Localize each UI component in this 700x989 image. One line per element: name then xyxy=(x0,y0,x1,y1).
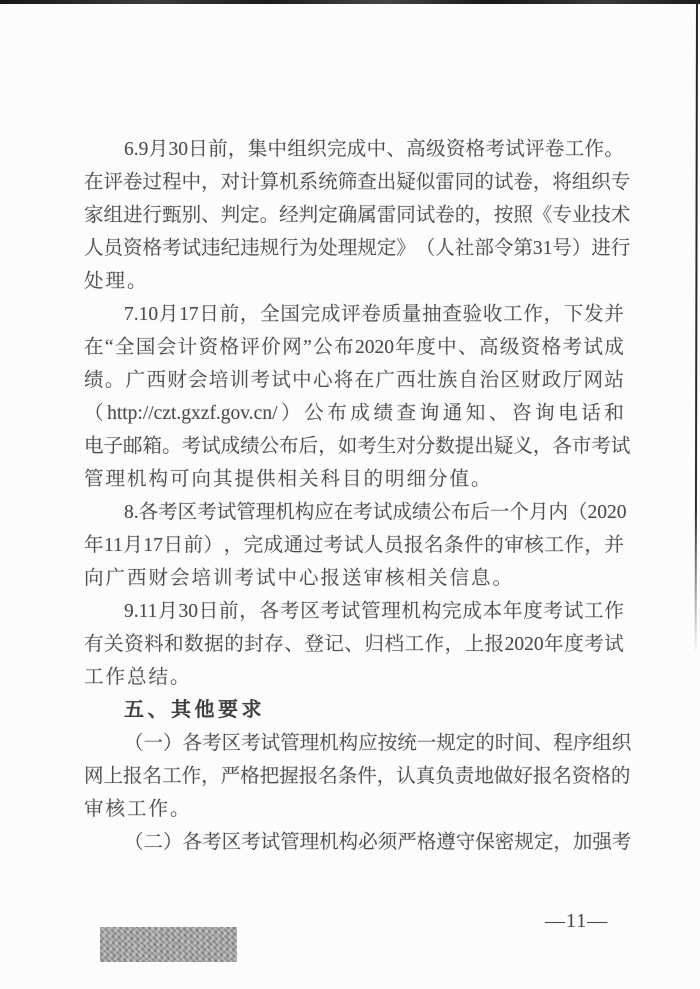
text-line: 在评卷过程中，对计算机系统筛查出疑似雷同的试卷，将组织专 xyxy=(84,166,624,199)
text-line: 7.10月17日前，全国完成评卷质量抽查验收工作，下发并 xyxy=(84,298,624,331)
text-line: 有关资料和数据的封存、登记、归档工作，上报2020年度考试 xyxy=(84,628,624,661)
text-line: 绩。广西财会培训考试中心将在广西壮族自治区财政厅网站 xyxy=(84,364,624,397)
page-number: —11— xyxy=(545,905,608,938)
text-line: 工作总结。 xyxy=(84,661,624,694)
text-line: 6.9月30日前，集中组织完成中、高级资格考试评卷工作。 xyxy=(84,133,624,166)
text-line: 向广西财会培训考试中心报送审核相关信息。 xyxy=(84,562,624,595)
text-line: 9.11月30日前，各考区考试管理机构完成本年度考试工作 xyxy=(84,595,624,628)
text-line: 人员资格考试违纪违规行为处理规定》（人社部令第31号）进行 xyxy=(84,232,624,265)
text-line: 网上报名工作，严格把握报名条件，认真负责地做好报名资格的 xyxy=(84,760,624,793)
text-line: （一）各考区考试管理机构应按统一规定的时间、程序组织 xyxy=(84,727,624,760)
text-line: 年11月17日前），完成通过考试人员报名条件的审核工作，并 xyxy=(84,529,624,562)
text-line: 管理机构可向其提供相关科目的明细分值。 xyxy=(84,463,624,496)
document-body: 6.9月30日前，集中组织完成中、高级资格考试评卷工作。 在评卷过程中，对计算机… xyxy=(84,133,624,859)
text-line: （http://czt.gxzf.gov.cn/）公布成绩查询通知、咨询电话和 xyxy=(84,397,624,430)
scan-top-edge-artifact xyxy=(0,0,700,4)
text-line: （二）各考区考试管理机构必须严格遵守保密规定，加强考 xyxy=(84,826,624,859)
text-line: 电子邮箱。考试成绩公布后，如考生对分数提出疑义，各市考试 xyxy=(84,430,624,463)
scanned-document-page: { "colors": { "paper": "#fcfcfc", "ink":… xyxy=(0,0,700,989)
scan-right-edge-artifact xyxy=(695,0,698,655)
text-line: 家组进行甄别、判定。经判定确属雷同试卷的，按照《专业技术 xyxy=(84,199,624,232)
text-line: 在“全国会计资格评价网”公布2020年度中、高级资格考试成 xyxy=(84,331,624,364)
text-line: 8.各考区考试管理机构应在考试成绩公布后一个月内（2020 xyxy=(84,496,624,529)
text-line: 处理。 xyxy=(84,265,624,298)
section-heading: 五、其他要求 xyxy=(84,694,624,727)
redacted-stamp-block xyxy=(100,927,237,962)
text-line: 审核工作。 xyxy=(84,793,624,826)
